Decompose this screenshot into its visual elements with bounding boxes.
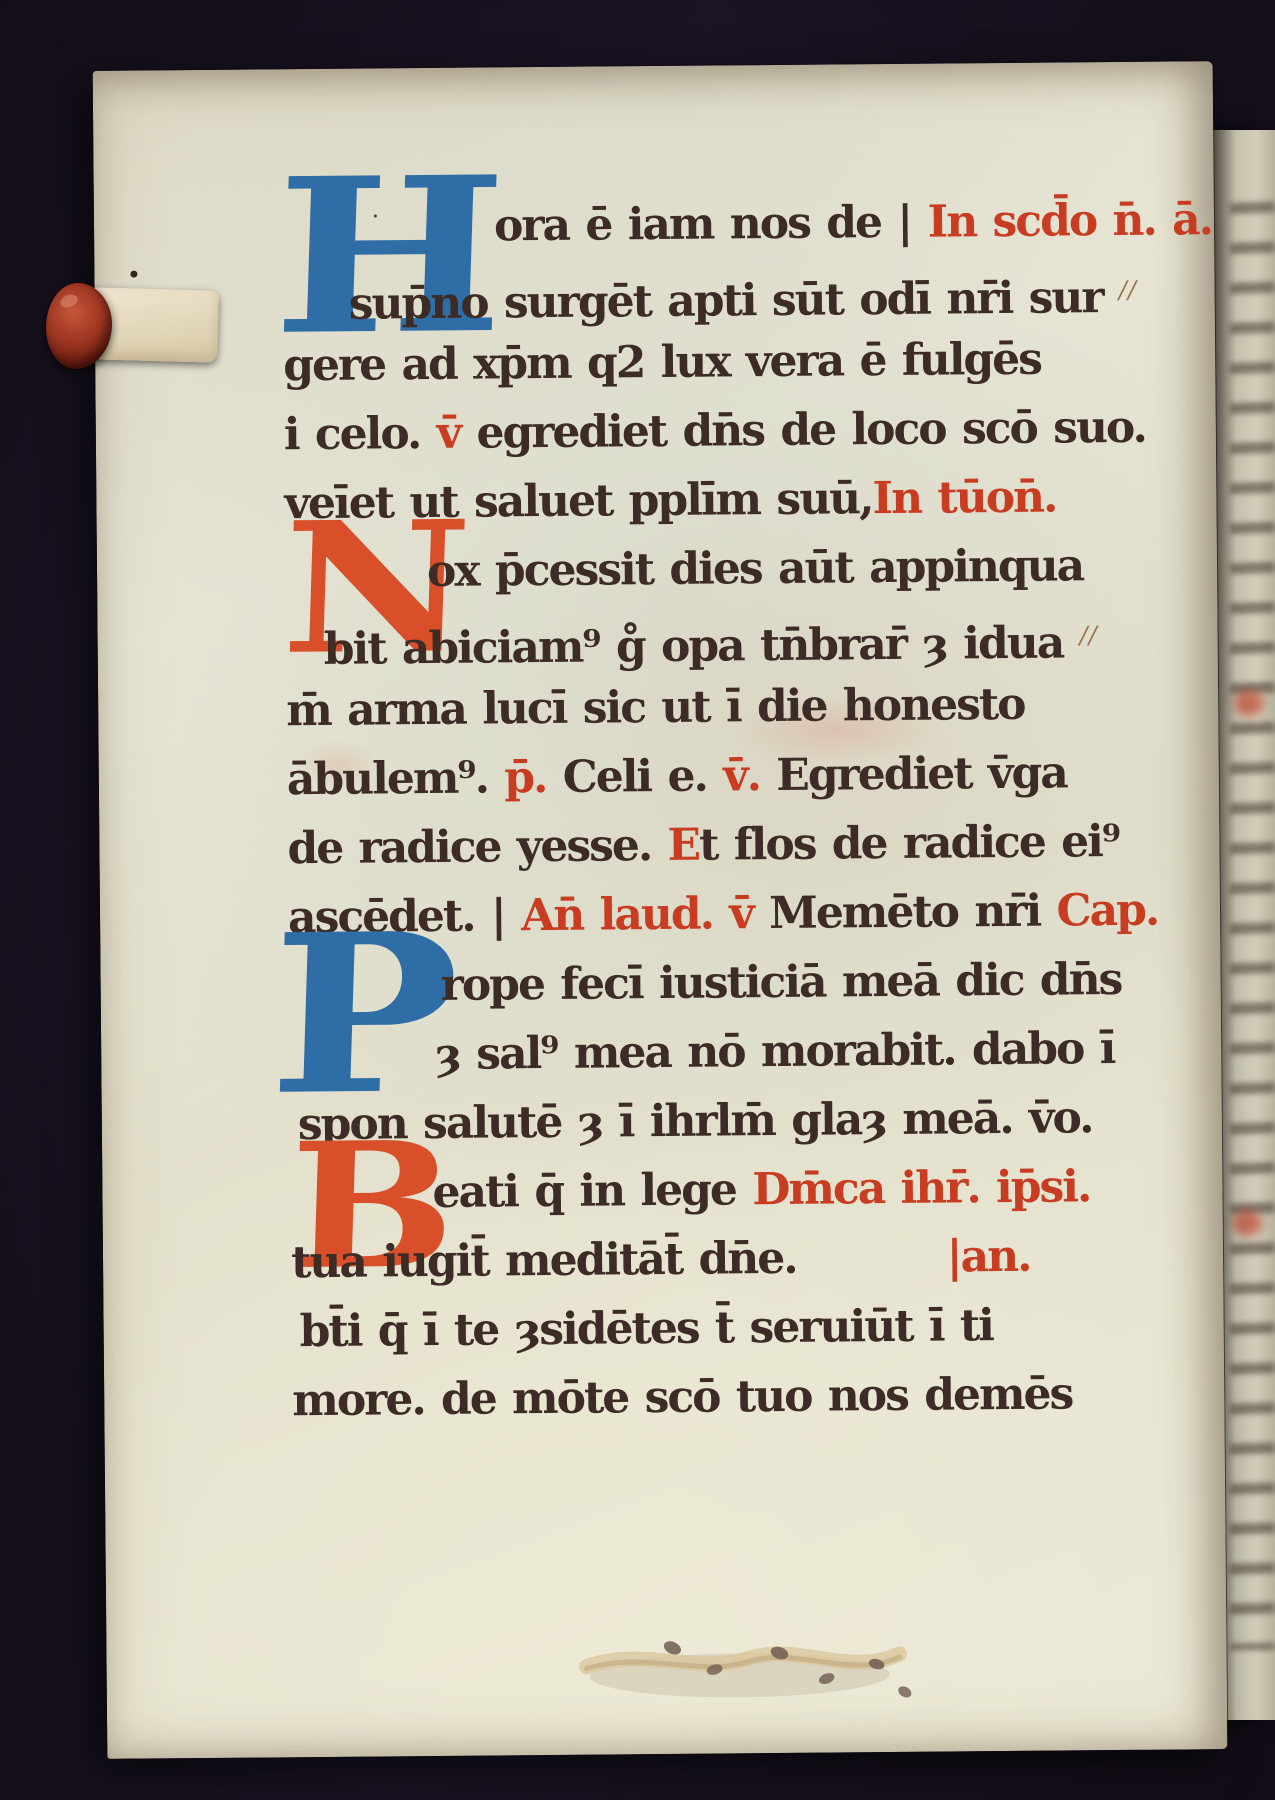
text-segment-filler: // — [1119, 276, 1137, 304]
manuscript-line: ox p̄cessit dies aūt appinqua — [285, 535, 1116, 611]
facing-page-blurred-text — [1230, 190, 1275, 1650]
manuscript-line: gere ad xp̄m q2 lux vera ē fulgēs — [283, 328, 1114, 404]
text-segment-ink: de radice yesse. — [287, 820, 668, 874]
text-segment-red: p̄. — [504, 752, 563, 804]
manuscript-page: Hora ē iam nos de | In scd̄o n̄. ā.sup̄n… — [93, 61, 1228, 1759]
text-segment-red: |an. — [946, 1231, 1030, 1283]
text-segment-ink: ox p̄cessit dies aūt appinqua — [427, 540, 1083, 597]
text-segment-red: v̄. — [723, 750, 777, 801]
text-segment-red: Dm̄ca ihr̄. ip̄si. — [752, 1161, 1091, 1215]
text-segment-ink: more. de mōte scō tuo nos demēs — [292, 1368, 1072, 1426]
text-segment-ink: ābulem⁹. — [287, 752, 505, 805]
manuscript-line: more. de mōte scō tuo nos demēs — [292, 1363, 1123, 1439]
manuscript-line: eati q̄ in lege Dm̄ca ihr̄. ip̄si. — [290, 1156, 1121, 1232]
text-segment-ink: bt̄i q̄ ī te ȝsidētes t̄ seruiūt ī ti — [299, 1300, 993, 1357]
text-segment-ink: gere ad xp̄m q2 lux vera ē fulgēs — [283, 334, 1041, 392]
text-segment-ink: Egrediet v̄ga — [776, 747, 1067, 801]
text-segment-ink: m̄ arma lucī sic ut ī die honesto — [286, 679, 1025, 736]
manuscript-line: i celo. v̄ egrediet dn̄s de loco scō suo… — [284, 397, 1115, 473]
manuscript-line: ȝ sal⁹ mea nō morabit. dabo ī — [289, 1018, 1120, 1094]
text-segment-ink: tua iugit̄ meditāt̄ dn̄e. — [291, 1233, 797, 1288]
text-segment-ink: i celo. — [284, 408, 437, 460]
text-segment-ink: egrediet dn̄s de loco scō suo. — [476, 402, 1146, 459]
text-segment-ink: rope fecī iusticiā meā dic dn̄s — [440, 954, 1121, 1011]
facing-page-red-rubric-blur — [1234, 690, 1264, 716]
text-segment-red: In scd̄o n̄. ā. — [927, 194, 1212, 247]
text-segment-ink: t flos de radice ei⁹ — [699, 816, 1119, 871]
text-segment-ink: ora ē iam nos de | — [494, 197, 928, 252]
text-segment-ink: sup̄no surgēt apti sūt odī nr̄i sur — [348, 272, 1119, 330]
text-segment-filler: // — [1079, 621, 1097, 649]
text-segment-red: v̄ — [436, 408, 476, 459]
manuscript-line: sup̄no surgēt apti sūt odī nr̄i sur // — [282, 259, 1113, 335]
manuscript-line: tua iugit̄ meditāt̄ dn̄e.|an. — [291, 1225, 1122, 1301]
text-segment-ink: ȝ sal⁹ mea nō morabit. dabo ī — [435, 1023, 1115, 1080]
manuscript-line: ābulem⁹. p̄. Celi e. v̄. Egrediet v̄ga — [287, 742, 1118, 818]
photograph-background: Hora ē iam nos de | In scd̄o n̄. ā.sup̄n… — [0, 0, 1275, 1800]
text-segment-ink: Celi e. — [562, 750, 723, 802]
text-segment-red: An̄ laud. v̄ — [521, 888, 769, 941]
text-segment-red: In tūon̄. — [872, 472, 1056, 525]
text-segment-ink: Memēto nr̄i — [769, 886, 1057, 940]
manuscript-line: de radice yesse. Et flos de radice ei⁹ — [287, 811, 1118, 887]
manuscript-line: m̄ arma lucī sic ut ī die honesto — [286, 673, 1117, 749]
ink-speck — [130, 271, 137, 278]
facing-page-red-rubric-blur — [1232, 1210, 1262, 1236]
manuscript-line: rope fecī iusticiā meā dic dn̄s — [288, 949, 1119, 1025]
text-block: Hora ē iam nos de | In scd̄o n̄. ā.sup̄n… — [282, 190, 1123, 1439]
manuscript-line: bit abiciam⁹ g̊ opa tn̄brar̄ ȝ idua // — [285, 604, 1116, 680]
manuscript-line: ora ē iam nos de | In scd̄o n̄. ā. — [282, 190, 1113, 266]
repair-stitching — [574, 1602, 915, 1720]
text-segment-ink: eati q̄ in lege — [432, 1164, 752, 1218]
text-segment-red: E — [667, 820, 699, 871]
manuscript-line: bt̄i q̄ ī te ȝsidētes t̄ seruiūt ī ti — [291, 1294, 1122, 1370]
text-segment-red: Cap. — [1056, 885, 1158, 937]
text-segment-ink: bit abiciam⁹ g̊ opa tn̄brar̄ ȝ idua — [323, 617, 1079, 675]
